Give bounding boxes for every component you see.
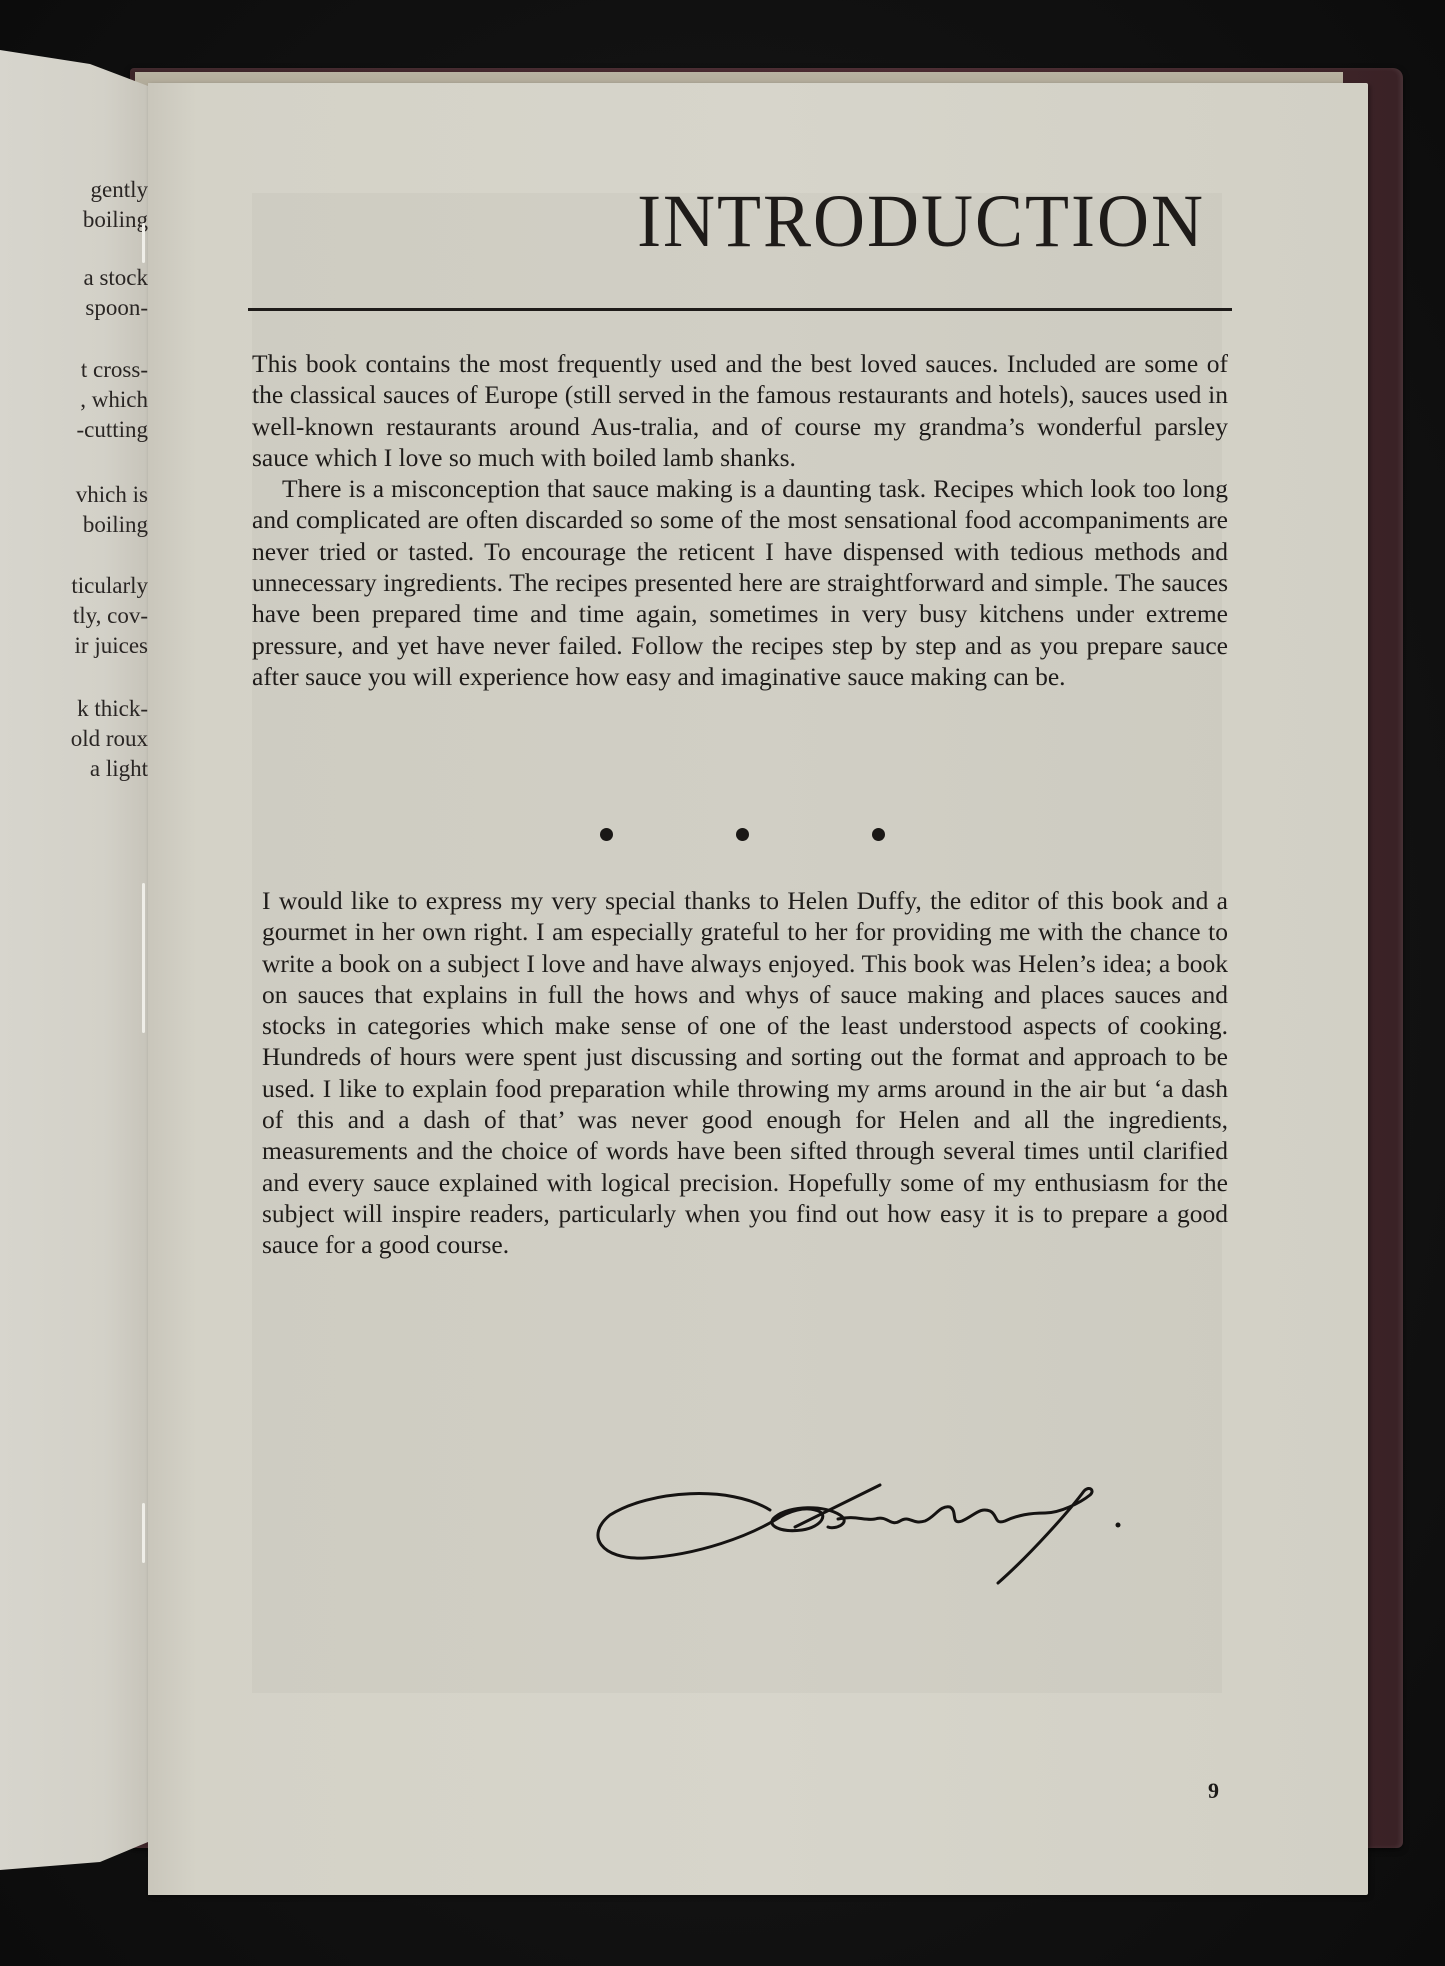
intro-paragraph-1: This book contains the most frequently u… — [252, 348, 1228, 473]
left-line: a light — [58, 754, 148, 784]
acknowledgment-text: I would like to express my very special … — [262, 885, 1228, 1261]
left-line: , which — [58, 385, 148, 415]
bullet-dot-icon — [872, 828, 885, 841]
left-page-text-block-3: t cross- , which -cutting — [58, 355, 148, 445]
left-line: a stock — [58, 263, 148, 293]
left-page-text-block-4: vhich is boiling — [58, 480, 148, 540]
introduction-text: This book contains the most frequently u… — [252, 348, 1228, 692]
left-page: gently boiling a stock spoon- t cross- ,… — [0, 50, 148, 1900]
bullet-dot-icon — [600, 828, 613, 841]
left-line: spoon- — [58, 293, 148, 323]
bullet-dot-icon — [736, 828, 749, 841]
left-page-text-block-6: k thick- old roux a light — [58, 694, 148, 784]
binding-thread — [142, 883, 145, 1033]
intro-paragraph-2: There is a misconception that sauce maki… — [252, 473, 1228, 692]
page-title: INTRODUCTION — [637, 183, 1205, 259]
left-line: ir juices — [58, 631, 148, 661]
left-line: k thick- — [58, 694, 148, 724]
binding-thread — [142, 223, 145, 263]
left-line: old roux — [58, 724, 148, 754]
left-line: vhich is — [58, 480, 148, 510]
left-page-text-block-5: ticularly tly, cov- ir juices — [58, 571, 148, 661]
left-line: t cross- — [58, 355, 148, 385]
section-separator — [600, 828, 900, 844]
left-page-text-block-2: a stock spoon- — [58, 263, 148, 323]
left-line: ticularly — [58, 571, 148, 601]
acknowledgment-paragraph: I would like to express my very special … — [262, 885, 1228, 1261]
left-line: boiling — [58, 510, 148, 540]
left-line: -cutting — [58, 415, 148, 445]
left-line: gently — [58, 175, 148, 205]
left-line: boiling — [58, 205, 148, 235]
left-page-text-block-1: gently boiling — [58, 175, 148, 235]
signature-icon — [590, 1455, 1130, 1595]
binding-thread — [142, 1503, 145, 1563]
page-number: 9 — [1208, 1778, 1219, 1804]
title-underline-rule — [248, 308, 1232, 311]
left-line: tly, cov- — [58, 601, 148, 631]
